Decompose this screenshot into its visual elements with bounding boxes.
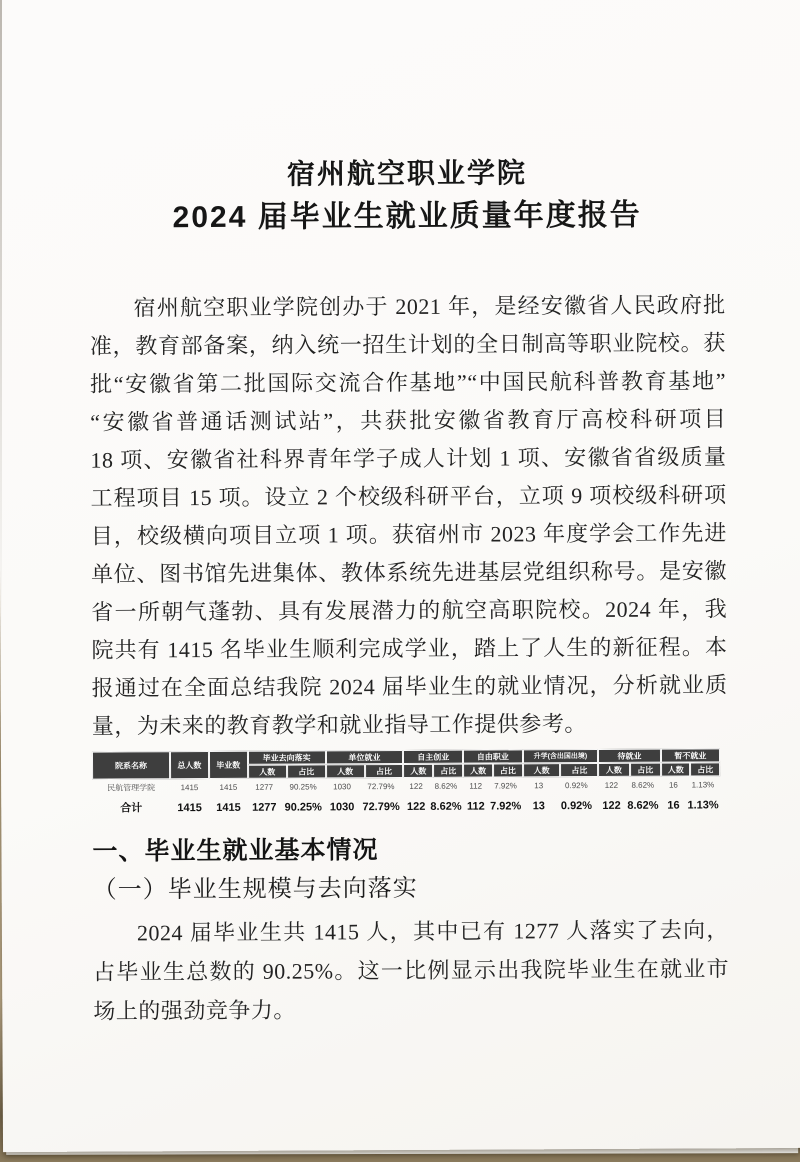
cell-graduates: 1415 [209, 779, 248, 796]
table-row-total: 合计 1415 1415 127790.25% 103072.79% 1228.… [92, 793, 720, 821]
body-line: 宿州航空职业学院创办于 2021 年，是经安徽省人民政府批 [90, 286, 726, 327]
cell-value: 7.92% [488, 794, 523, 819]
cell-department-name: 合计 [92, 796, 170, 821]
subheader-count: 人数 [661, 762, 691, 776]
body-line: 准，教育部备案，纳入统一招生计划的全日制高等职业院校。获 [90, 324, 726, 365]
body-line: “安徽省普通话测试站”，共获批安徽省教育厅高校科研项目 [90, 400, 726, 441]
cell-value: 122 [598, 794, 624, 819]
group-label: 自主创业 [403, 750, 463, 764]
header-group-freelance: 自由职业 人数 占比 [463, 749, 523, 777]
employment-summary-table: 院系名称 总人数 毕业数 毕业去向落实 人数 占比 单位就业 人数 占比 [92, 748, 720, 821]
subheader-ratio: 占比 [493, 763, 523, 777]
header-cell-department: 院系名称 [92, 751, 170, 779]
cell-value: 112 [463, 795, 488, 820]
cell-value: 90.25% [281, 795, 326, 820]
cell-value: 16 [661, 777, 686, 794]
subheader-count: 人数 [248, 765, 287, 779]
cell-value: 8.62% [429, 778, 464, 795]
cell-value: 13 [523, 777, 555, 794]
header-cell-total: 总人数 [170, 751, 209, 779]
cell-value: 1.13% [686, 776, 720, 793]
section-paragraph: 2024 届毕业生共 1415 人，其中已有 1277 人落实了去向，占毕业生总… [93, 910, 730, 1030]
body-line: 省一所朝气蓬勃、具有发展潜力的航空高职院校。2024 年，我 [91, 590, 727, 631]
body-line: 工程项目 15 项。设立 2 个校级科研平台，立项 9 项校级科研项 [91, 476, 727, 517]
cell-total: 1415 [170, 779, 209, 796]
section-heading-1-1: （一）毕业生规模与去向落实 [93, 868, 729, 909]
header-group-further-study: 升学(含出国出境) 人数 占比 [523, 749, 599, 777]
cell-value: 122 [598, 777, 624, 794]
cell-value: 1.13% [686, 793, 720, 818]
subheader-count: 人数 [598, 763, 629, 777]
cell-value: 1030 [326, 795, 359, 820]
cell-value: 1030 [326, 778, 359, 795]
scan-edge-artifact [0, 0, 2, 640]
subheader-count: 人数 [403, 764, 433, 778]
section-heading-1: 一、毕业生就业基本情况 [92, 830, 728, 869]
subheader-count: 人数 [326, 764, 365, 778]
subheader-count: 人数 [463, 764, 493, 778]
cell-value: 1277 [248, 796, 281, 821]
cell-value: 122 [404, 778, 429, 795]
cell-value: 7.92% [488, 777, 523, 794]
group-label: 单位就业 [326, 750, 404, 764]
subheader-ratio: 占比 [690, 762, 720, 776]
group-label: 升学(含出国出境) [523, 749, 598, 763]
header-group-self-startup: 自主创业 人数 占比 [403, 750, 463, 778]
body-line: 目，校级横向项目立项 1 项。获宿州市 2023 年度学会工作先进 [91, 514, 727, 555]
body-line: 量，为未来的教育教学和就业指导工作提供参考。 [92, 704, 728, 745]
body-line: 2024 届毕业生共 1415 人，其中已有 1277 人落实了去向， [93, 910, 729, 952]
page-content: 宿州航空职业学院 2024 届毕业生就业质量年度报告 宿州航空职业学院创办于 2… [0, 0, 800, 1031]
cell-value: 13 [523, 794, 555, 819]
table-header-row: 院系名称 总人数 毕业数 毕业去向落实 人数 占比 单位就业 人数 占比 [92, 748, 720, 779]
body-line: 院共有 1415 名毕业生顺利完成学业，踏上了人生的新征程。本 [91, 628, 727, 669]
group-label: 毕业去向落实 [248, 750, 326, 764]
report-title-main: 2024 届毕业生就业质量年度报告 [89, 192, 725, 241]
cell-value: 8.62% [625, 777, 662, 794]
cell-value: 8.62% [429, 795, 464, 820]
subheader-ratio: 占比 [560, 763, 598, 777]
body-line: 报通过在全面总结我院 2024 届毕业生的就业情况，分析就业质 [92, 666, 728, 707]
cell-value: 8.62% [625, 794, 662, 819]
body-line: 场上的强劲竞争力。 [93, 988, 729, 1030]
cell-value: 16 [661, 794, 686, 819]
group-label: 自由职业 [463, 749, 523, 763]
cell-graduates: 1415 [209, 796, 248, 821]
subheader-ratio: 占比 [433, 764, 463, 778]
header-group-destination: 毕业去向落实 人数 占比 [248, 750, 326, 778]
scanned-report-page: 宿州航空职业学院 2024 届毕业生就业质量年度报告 宿州航空职业学院创办于 2… [0, 0, 800, 1152]
body-line: 占毕业生总数的 90.25%。这一比例显示出我院毕业生在就业市 [93, 949, 729, 991]
header-cell-graduates: 毕业数 [209, 751, 248, 779]
subheader-ratio: 占比 [365, 764, 404, 778]
cell-department-name: 民航管理学院 [92, 779, 170, 796]
cell-value: 72.79% [358, 778, 403, 795]
report-title-school: 宿州航空职业学院 [89, 152, 725, 195]
body-line: 18 项、安徽省社科界青年学子成人计划 1 项、安徽省省级质量 [90, 438, 726, 479]
subheader-ratio: 占比 [287, 764, 326, 778]
cell-value: 1277 [248, 779, 281, 796]
subheader-count: 人数 [523, 763, 561, 777]
cell-value: 0.92% [554, 777, 598, 794]
body-line: 单位、图书馆先进集体、教体系统先进基层党组织称号。是安徽 [91, 552, 727, 593]
header-group-unit-employment: 单位就业 人数 占比 [326, 750, 404, 778]
cell-value: 0.92% [555, 794, 599, 819]
header-group-awaiting-employment: 待就业 人数 占比 [598, 749, 661, 777]
group-label: 待就业 [598, 749, 661, 763]
cell-total: 1415 [170, 796, 209, 821]
header-group-not-employed: 暂不就业 人数 占比 [661, 748, 720, 776]
cell-value: 72.79% [358, 795, 403, 820]
cell-value: 90.25% [280, 778, 325, 795]
intro-paragraph: 宿州航空职业学院创办于 2021 年，是经安徽省人民政府批准，教育部备案，纳入统… [90, 286, 728, 745]
subheader-ratio: 占比 [630, 763, 661, 777]
body-line: 批“安徽省第二批国际交流合作基地”“中国民航科普教育基地” [90, 362, 726, 403]
cell-value: 122 [404, 795, 429, 820]
cell-value: 112 [463, 778, 488, 795]
group-label: 暂不就业 [661, 748, 720, 762]
